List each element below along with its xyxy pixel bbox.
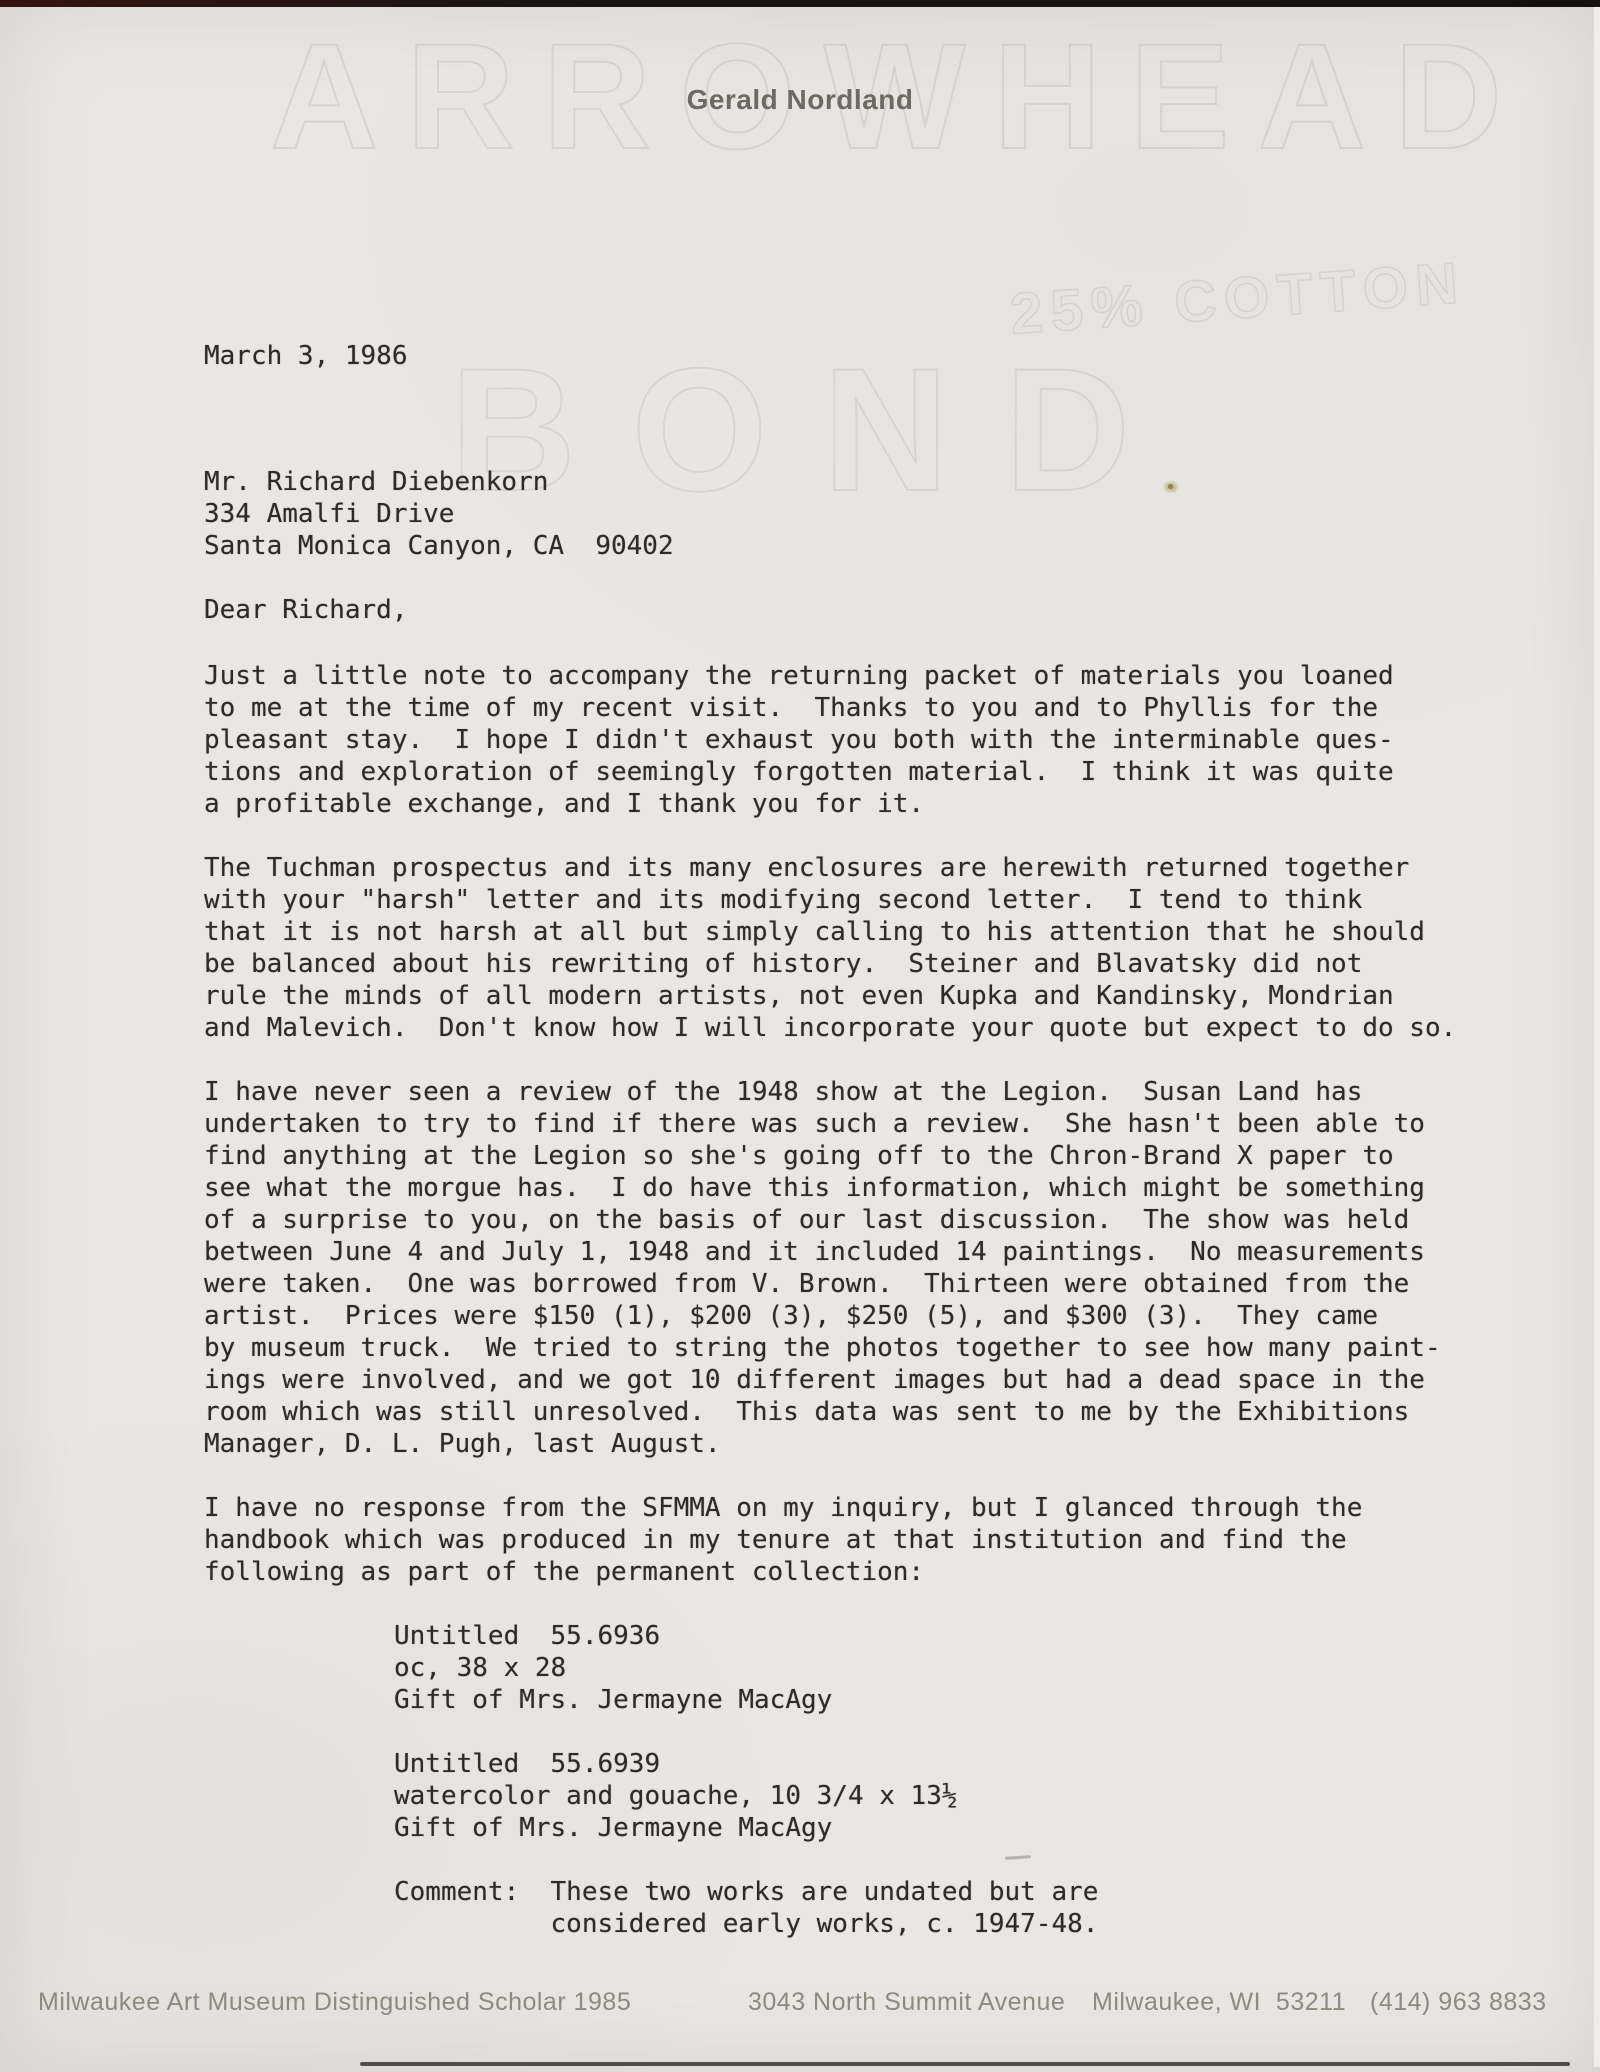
- salutation: Dear Richard,: [204, 594, 408, 626]
- letterhead-name: Gerald Nordland: [0, 84, 1600, 116]
- footer-street-address: 3043 North Summit Avenue: [748, 1988, 1065, 2017]
- scan-edge-top: [0, 0, 1600, 7]
- recipient-address-block: Mr. Richard Diebenkorn 334 Amalfi Drive …: [204, 466, 674, 562]
- comment-block: Comment: These two works are undated but…: [394, 1876, 1098, 1940]
- collection-entry-2: Untitled 55.6939 watercolor and gouache,…: [394, 1748, 958, 1844]
- letter-paragraph-1: Just a little note to accompany the retu…: [204, 660, 1394, 820]
- paper-smudge: [1005, 1855, 1031, 1860]
- letter-date: March 3, 1986: [204, 340, 408, 372]
- letter-paragraph-2: The Tuchman prospectus and its many encl…: [204, 852, 1456, 1044]
- letterhead-footer: Milwaukee Art Museum Distinguished Schol…: [0, 1988, 1600, 2022]
- letter-paragraph-4: I have no response from the SFMMA on my …: [204, 1492, 1362, 1588]
- letter-paragraph-3: I have never seen a review of the 1948 s…: [204, 1076, 1441, 1460]
- footer-scholar-title: Milwaukee Art Museum Distinguished Schol…: [38, 1988, 631, 2017]
- scan-edge-bottom: [360, 2062, 1570, 2066]
- scanned-letter-page: ARROWHEAD BOND 25% COTTON Gerald Nordlan…: [0, 0, 1600, 2072]
- watermark-text-cotton: 25% COTTON: [1008, 249, 1468, 348]
- scan-edge-right: [1594, 7, 1600, 2067]
- collection-entry-1: Untitled 55.6936 oc, 38 x 28 Gift of Mrs…: [394, 1620, 832, 1716]
- paper-speck-dot: [1168, 484, 1173, 489]
- footer-phone-number: (414) 963 8833: [1370, 1988, 1547, 2017]
- footer-city-state-zip: Milwaukee, WI 53211: [1092, 1988, 1346, 2017]
